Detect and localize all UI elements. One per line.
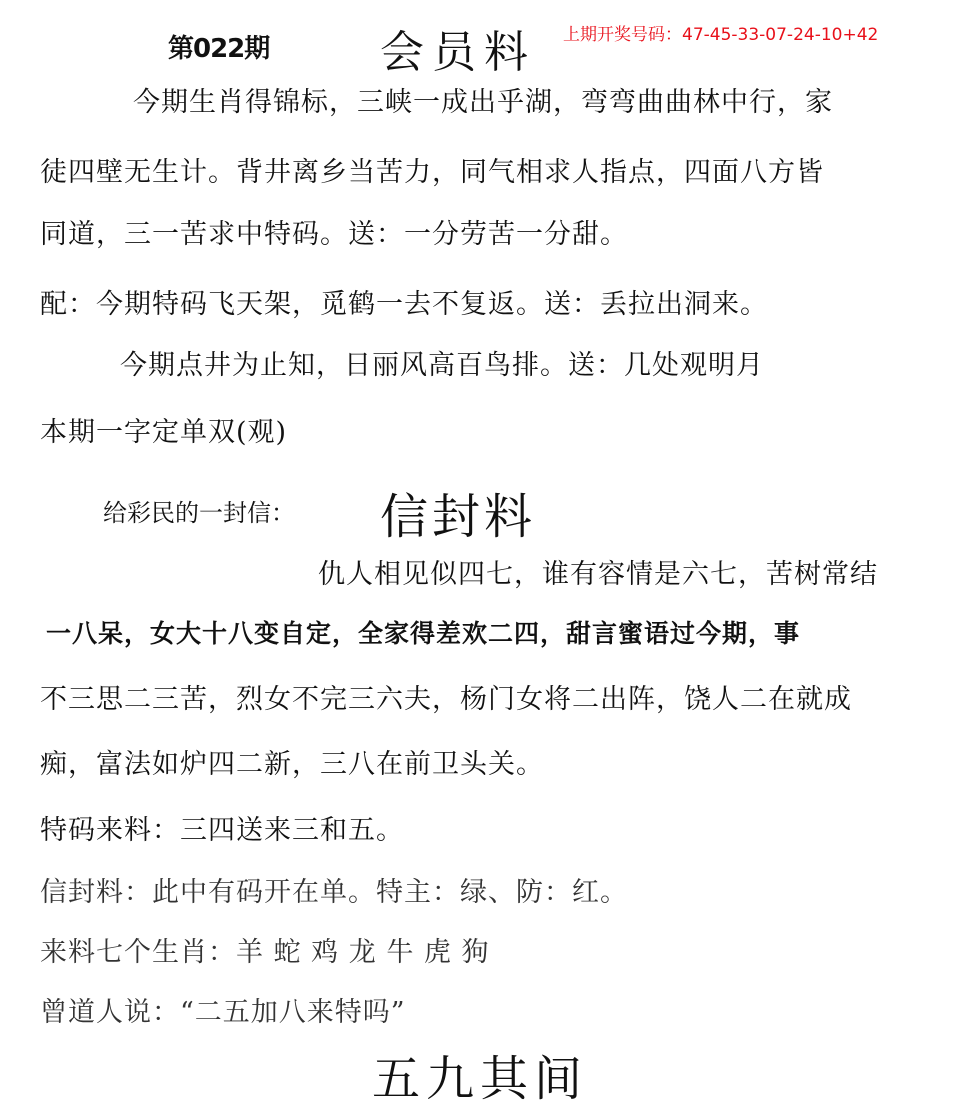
letter-line-2: 一八呆，女大十八变自定，全家得差欢二四，甜言蜜语过今期，事 — [46, 614, 800, 650]
letter-label: 给彩民的一封信： — [103, 493, 295, 528]
last-draw-numbers: 47-45-33-07-24-10+42 — [682, 25, 878, 45]
letter-line-4: 痴，富法如炉四二新，三八在前卫头关。 — [40, 742, 544, 781]
page-title: 会员料 — [380, 16, 536, 80]
letter-title: 信封料 — [380, 478, 536, 547]
letter-line-3: 不三思二三苦，烈女不完三六夫，杨门女将二出阵，饶人二在就成 — [40, 677, 852, 716]
pairing-line: 配：今期特码飞天架，觅鹤一去不复返。送：丢拉出洞来。 — [40, 282, 768, 321]
issue-number: 第022期 — [168, 28, 269, 65]
poem-line-1: 今期生肖得锦标，三峡一成出乎湖，弯弯曲曲林中行，家 — [133, 80, 833, 119]
poem-line-2: 徒四壁无生计。背井离乡当苦力，同气相求人指点，四面八方皆 — [40, 150, 824, 189]
single-word-line: 本期一字定单双(观) — [40, 410, 287, 449]
last-draw-label: 上期开奖号码： — [563, 25, 682, 45]
envelope-line: 信封料：此中有码开在单。特主：绿、防：红。 — [40, 870, 628, 909]
footer-title: 五九其间 — [372, 1040, 588, 1109]
last-draw-result: 上期开奖号码：47-45-33-07-24-10+42 — [563, 20, 878, 45]
letter-line-1: 仇人相见似四七，谁有容情是六七，苦树常结 — [318, 552, 878, 591]
poem-line-3: 同道，三一苦求中特码。送：一分劳苦一分甜。 — [40, 212, 628, 251]
taoist-line: 曾道人说：“二五加八来特吗” — [40, 990, 406, 1029]
special-code-line: 特码来料：三四送来三和五。 — [40, 808, 404, 847]
zodiac-line: 来料七个生肖：羊 蛇 鸡 龙 牛 虎 狗 — [40, 930, 490, 969]
hint-line: 今期点井为止知，日丽风高百鸟排。送：几处观明月 — [120, 343, 764, 382]
